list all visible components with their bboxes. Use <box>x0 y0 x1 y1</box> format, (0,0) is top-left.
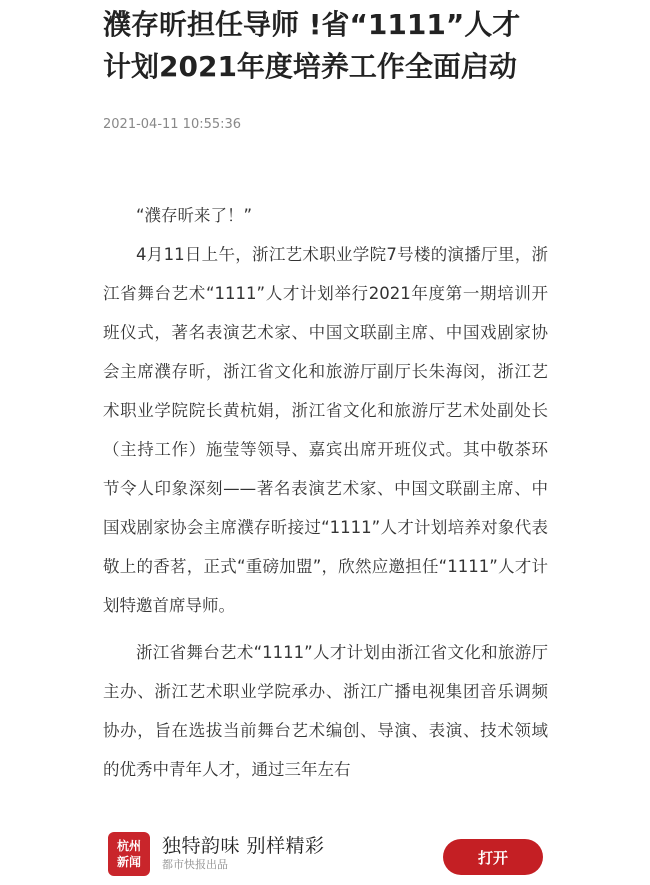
open-app-button[interactable]: 打开 <box>443 839 543 875</box>
article-title: 濮存昕担任导师 !省“1111”人才计划2021年度培养工作全面启动 <box>103 0 548 88</box>
app-slogan: 独特韵味 别样精彩 <box>162 834 325 858</box>
article-body: “濮存昕来了！” 4月11日上午，浙江艺术职业学院7号楼的演播厅里，浙江省舞台艺… <box>103 196 548 789</box>
app-publisher: 都市快报出品 <box>162 858 325 872</box>
logo-text-line1: 杭州 <box>117 838 141 854</box>
app-promo: 独特韵味 别样精彩 都市快报出品 <box>162 834 325 872</box>
article: 濮存昕担任导师 !省“1111”人才计划2021年度培养工作全面启动 2021-… <box>103 0 548 789</box>
article-paragraph: “濮存昕来了！” <box>103 196 548 235</box>
article-timestamp: 2021-04-11 10:55:36 <box>103 116 548 134</box>
article-paragraph: 浙江省舞台艺术“1111”人才计划由浙江省文化和旅游厅主办、浙江艺术职业学院承办… <box>103 633 548 789</box>
logo-text-line2: 新闻 <box>117 854 141 870</box>
article-paragraph: 4月11日上午，浙江艺术职业学院7号楼的演播厅里，浙江省舞台艺术“1111”人才… <box>103 235 548 625</box>
article-page: 濮存昕担任导师 !省“1111”人才计划2021年度培养工作全面启动 2021-… <box>0 0 650 885</box>
hangzhou-news-logo-icon: 杭州 新闻 <box>108 832 150 876</box>
app-download-banner[interactable]: 杭州 新闻 独特韵味 别样精彩 都市快报出品 打开 <box>0 822 650 885</box>
